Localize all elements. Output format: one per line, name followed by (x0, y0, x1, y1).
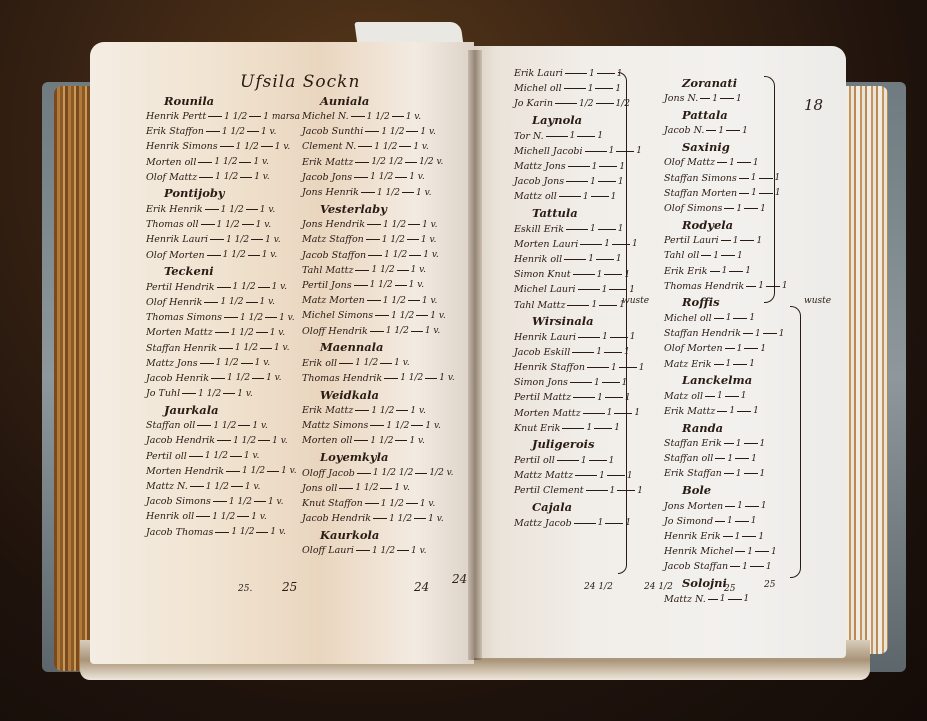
taxpayer-name: Eskill Erik (514, 224, 564, 235)
amount-a: 1 1/2 (367, 112, 390, 122)
ledger-entry: Staffan Henrik1 1/21 v. (146, 340, 296, 355)
footer-tally: 24 (414, 580, 429, 594)
rule-line (568, 166, 590, 167)
rule-line (575, 475, 597, 476)
rule-line (355, 270, 369, 271)
ledger-entry: Henrik Lauri11 (514, 330, 664, 345)
amount-a: 1 (737, 344, 743, 354)
amount-b: 1 (766, 562, 772, 572)
taxpayer-name: Tahl Mattz (302, 265, 353, 276)
rule-line (597, 73, 615, 74)
ledger-entry: Jacob Jons1 1/21 v. (302, 170, 472, 185)
taxpayer-name: Oloff Jacob (302, 468, 355, 479)
amount-b: 1 (744, 594, 750, 604)
rule-line (396, 410, 408, 411)
taxpayer-name: Michel oll (514, 83, 562, 94)
ledger-entry: Michell Jacobi11 (514, 144, 664, 159)
ledger-entry: Oloff Lauri1 1/21 v. (302, 543, 472, 558)
amount-a: 1 1/2 (198, 389, 221, 399)
amount-a: 1 1/2 (226, 235, 249, 245)
village-heading: Tattula (514, 205, 664, 222)
rule-line (724, 208, 734, 209)
rule-line (197, 425, 211, 426)
amount-a: 1 (727, 516, 733, 526)
amount-a: 1 1/2 (233, 282, 256, 292)
taxpayer-name: Henrik Erik (664, 531, 721, 542)
amount-a: 1/2 (579, 99, 593, 109)
taxpayer-name: Knut Erik (514, 423, 560, 434)
rule-line (596, 259, 614, 260)
amount-b: 1 (749, 313, 755, 323)
rule-line (339, 488, 353, 489)
ledger-entry: Erik Mattz11 (664, 404, 794, 419)
ledger-entry: Henrik Staffon11 (514, 360, 664, 375)
amount-a: 1 (611, 363, 617, 373)
taxpayer-name: Jo Simond (664, 516, 713, 527)
amount-a: 1 (570, 131, 576, 141)
left-page: Ufsila Sockn RounilaHenrik Pertt1 1/21 m… (90, 42, 474, 664)
ledger-entry: Erik Henrik1 1/21 v. (146, 202, 296, 217)
ledger-entry: Jacob Eskill11 (514, 345, 664, 360)
amount-a: 1 (597, 270, 603, 280)
amount-a: 1 (610, 486, 616, 496)
taxpayer-name: Matz Erik (664, 359, 712, 370)
village-heading: Juligerois (514, 436, 664, 453)
ledger-entry: Pertil Hendrik1 1/21 v. (146, 280, 296, 295)
taxpayer-name: Pertil Jons (302, 280, 352, 291)
ledger-entry: Michel oll11 (664, 311, 794, 326)
taxpayer-name: Michel Lauri (514, 284, 576, 295)
rule-line (356, 550, 370, 551)
taxpayer-name: Jacob Eskill (514, 347, 570, 358)
rule-line (267, 471, 279, 472)
amount-a: 1 (736, 439, 742, 449)
village-heading: Cajala (514, 499, 664, 516)
taxpayer-name: Staffan Simons (664, 173, 737, 184)
ledger-entry: Michel Simons1 1/21 v. (302, 308, 472, 323)
village-heading: Kaurkola (302, 526, 472, 543)
taxpayer-name: Staffan oll (664, 453, 713, 464)
rule-line (706, 130, 716, 131)
amount-a: 1 1/2 (370, 280, 393, 290)
taxpayer-name: Jo Tuhl (146, 388, 180, 399)
taxpayer-name: Erik Mattz (664, 406, 715, 417)
rule-line (252, 378, 264, 379)
rule-line (725, 348, 735, 349)
taxpayer-name: Jacob Sunthi (302, 126, 363, 137)
amount-b: 1 (751, 454, 757, 464)
ledger-entry: Morten oll1 1/21 v. (302, 433, 472, 448)
taxpayer-name: Thomas Hendrik (664, 281, 744, 292)
amount-b: 1 (629, 285, 635, 295)
village-heading: Lanckelma (664, 372, 794, 389)
taxpayer-name: Pertil Hendrik (146, 282, 215, 293)
amount-a: 1 (597, 393, 603, 403)
rule-line (755, 551, 769, 552)
rule-line (578, 337, 600, 338)
amount-b: 1 (634, 408, 640, 418)
rule-line (365, 503, 379, 504)
amount-b: 1 (751, 516, 757, 526)
taxpayer-name: Michel oll (664, 313, 712, 324)
taxpayer-name: Erik Staffan (664, 468, 722, 479)
amount-a: 1 1/2 (240, 313, 263, 323)
rule-line (705, 396, 715, 397)
rule-line (735, 458, 749, 459)
ledger-entry: Jons oll1 1/21 v. (302, 481, 472, 496)
rule-line (254, 501, 266, 502)
ledger-entry: Pertil oll11 (514, 453, 664, 468)
rule-line (585, 151, 607, 152)
village-heading: Randa (664, 419, 794, 436)
ledger-entry: Henrik Michel11 (664, 544, 794, 559)
rule-line (402, 192, 414, 193)
rule-line (725, 396, 739, 397)
amount-a: 1 1/2 (386, 421, 409, 431)
ledger-entry: Jacob Jons11 (514, 174, 664, 189)
ledger-entry: Olof Morten1 1/21 v. (146, 248, 296, 263)
ledger-entry: Tor N.11 (514, 129, 664, 144)
amount-b: 1 v. (265, 235, 280, 245)
amount-a: 1 1/2 (389, 514, 412, 524)
ledger-entry: Pertil oll1 1/21 v. (146, 449, 296, 464)
rule-line (208, 116, 222, 117)
rule-line (207, 255, 221, 256)
rule-line (361, 192, 375, 193)
amount-a: 1 1/2 (236, 142, 259, 152)
taxpayer-name: Morten Mattz (514, 408, 581, 419)
margin-note: wuste (804, 296, 831, 306)
rule-line (700, 98, 710, 99)
rule-line (743, 333, 753, 334)
rule-line (210, 239, 224, 240)
amount-a: 1 (747, 547, 753, 557)
rule-line (406, 131, 418, 132)
ledger-entry: Tahl Mattz1 1/21 v. (302, 263, 472, 278)
taxpayer-name: Pertil Lauri (664, 235, 719, 246)
left-column-1: RounilaHenrik Pertt1 1/21 marsaErik Staf… (146, 92, 296, 540)
taxpayer-name: Mattz Mattz (514, 470, 573, 481)
taxpayer-name: Jons N. (664, 93, 698, 104)
amount-b: 1 (742, 126, 748, 136)
rule-line (744, 208, 758, 209)
rule-line (723, 536, 733, 537)
taxpayer-name: Jons Henrik (302, 187, 359, 198)
taxpayer-name: Tahl Mattz (514, 300, 565, 311)
rule-line (380, 488, 392, 489)
rule-line (211, 378, 225, 379)
taxpayer-name: Thomas Hendrik (302, 373, 382, 384)
rule-line (231, 486, 243, 487)
ledger-entry: Eskill Erik11 (514, 222, 664, 237)
amount-a: 1 1/2 (215, 172, 238, 182)
amount-b: 1 v. (410, 406, 425, 416)
rule-line (745, 506, 759, 507)
rule-line (265, 317, 277, 318)
amount-b: 1 (639, 363, 645, 373)
taxpayer-name: Mattz N. (146, 481, 188, 492)
ledger-entry: Thomas oll1 1/21 v. (146, 217, 296, 232)
ledger-entry: Morten Mattz1 1/21 v. (146, 325, 296, 340)
taxpayer-name: Staffan Henrik (146, 343, 217, 354)
ledger-entry: Matz Staffon1 1/21 v. (302, 232, 472, 247)
village-heading: Wirsinala (514, 313, 664, 330)
bracket-line (790, 306, 801, 578)
amount-a: 1 (586, 423, 592, 433)
taxpayer-name: Mattz oll (514, 191, 557, 202)
rule-line (219, 348, 233, 349)
amount-b: 1 v. (409, 172, 424, 182)
taxpayer-name: Tahl oll (664, 250, 699, 261)
amount-b: 1 v. (252, 421, 267, 431)
rule-line (242, 224, 254, 225)
taxpayer-name: Mattz Jons (514, 161, 566, 172)
ledger-entry: Oloff Hendrik1 1/21 v. (302, 323, 472, 338)
amount-a: 1 (602, 332, 608, 342)
amount-b: 1 v. (416, 188, 431, 198)
rule-line (238, 425, 250, 426)
taxpayer-name: Clement N. (302, 141, 356, 152)
amount-a: 1 1/2 (227, 373, 250, 383)
rule-line (397, 270, 409, 271)
ledger-entry: Olof Henrik1 1/21 v. (146, 295, 296, 310)
ledger-entry: Morten oll1 1/21 v. (146, 155, 296, 170)
amount-a: 1 (755, 329, 761, 339)
ledger-entry: Jacob Hendrik1 1/21 v. (302, 511, 472, 526)
amount-a: 1/2 1/2 (371, 157, 403, 167)
taxpayer-name: Henrik Lauri (146, 234, 208, 245)
amount-b: 1 v. (394, 358, 409, 368)
taxpayer-name: Jo Karin (514, 98, 553, 109)
amount-a: 1 (594, 378, 600, 388)
amount-b: 1 (753, 406, 759, 416)
rule-line (737, 162, 751, 163)
rule-line (358, 146, 372, 147)
amount-a: 1 1/2 (223, 250, 246, 260)
taxpayer-name: Jons Hendrik (302, 219, 365, 230)
amount-b: 1 v. (428, 514, 443, 524)
village-heading: Auniala (302, 92, 472, 109)
taxpayer-name: Henrik Staffon (514, 362, 585, 373)
rule-line (740, 240, 754, 241)
rule-line (241, 363, 253, 364)
rule-line (555, 103, 577, 104)
ledger-entry: Morten Lauri11 (514, 237, 664, 252)
rule-line (354, 285, 368, 286)
village-heading: Pontijoby (146, 185, 296, 202)
ledger-entry: Jacob Hendrik1 1/21 v. (146, 433, 296, 448)
ledger-entry: Matz Morten1 1/21 v. (302, 293, 472, 308)
rule-line (406, 503, 418, 504)
rule-line (258, 440, 270, 441)
margin-note: wuste (622, 296, 649, 306)
amount-a: 1 1/2 (213, 421, 236, 431)
rule-line (370, 425, 384, 426)
rule-line (598, 229, 616, 230)
taxpayer-name: Morten Lauri (514, 239, 578, 250)
amount-a: 1 1/2 (205, 451, 228, 461)
rule-line (425, 378, 437, 379)
ledger-entry: Erik Staffan11 (664, 466, 794, 481)
rule-line (562, 428, 584, 429)
village-heading: Loyemkyla (302, 449, 472, 466)
rule-line (200, 363, 214, 364)
ledger-entry: Pertil Mattz11 (514, 390, 664, 405)
left-column-2: AunialaMichel N.1 1/21 v.Jacob Sunthi1 1… (302, 92, 472, 559)
amount-a: 1 (591, 300, 597, 310)
rule-line (217, 440, 231, 441)
ledger-entry: Jacob Sunthi1 1/21 v. (302, 124, 472, 139)
amount-a: 1 (727, 454, 733, 464)
taxpayer-name: Mattz Jacob (514, 518, 572, 529)
taxpayer-name: Pertil oll (146, 451, 187, 462)
rule-line (710, 271, 720, 272)
ledger-entry: Michel N.1 1/21 v. (302, 109, 472, 124)
amount-a: 1 1/2 (355, 358, 378, 368)
rule-line (249, 116, 261, 117)
rule-line (213, 501, 227, 502)
amount-b: 1 (741, 391, 747, 401)
amount-a: 1 (607, 408, 613, 418)
amount-a: 1 (718, 126, 724, 136)
bracket-line (764, 76, 775, 303)
rule-line (567, 305, 589, 306)
amount-b: 1/2 v. (429, 468, 453, 478)
ledger-entry: Simon Knut11 (514, 267, 664, 282)
amount-a: 1 (602, 285, 608, 295)
folio-number: 18 (804, 96, 823, 114)
taxpayer-name: Olof Simons (664, 203, 722, 214)
amount-b: 1 (637, 486, 643, 496)
amount-a: 1 1/2 (372, 546, 395, 556)
footer-tally: 25 (724, 584, 735, 594)
amount-a: 1 1/2 (216, 358, 239, 368)
ledger-entry: Matz Erik11 (664, 356, 794, 371)
village-heading: Laynola (514, 112, 664, 129)
ledger-entry: Erik Lauri11 (514, 66, 664, 81)
ledger-entry: Mattz N.1 1/21 v. (146, 479, 296, 494)
amount-a: 1 1/2 (242, 466, 265, 476)
ledger-entry: Jacob Staffan11 (664, 559, 794, 574)
amount-b: 1 v. (281, 466, 296, 476)
taxpayer-name: Staffan Morten (664, 188, 737, 199)
taxpayer-name: Jacob Henrik (146, 373, 209, 384)
rule-line (750, 566, 764, 567)
ledger-entry: Erik oll1 1/21 v. (302, 356, 472, 371)
amount-b: 1 v. (270, 527, 285, 537)
amount-b: 1 (761, 501, 767, 511)
amount-b: 1 (630, 332, 636, 342)
taxpayer-name: Simon Knut (514, 269, 571, 280)
ledger-entry: Mattz Jons11 (514, 159, 664, 174)
ledger-entry: Olof Morten11 (664, 341, 794, 356)
taxpayer-name: Morten Mattz (146, 327, 213, 338)
village-heading: Bole (664, 482, 794, 499)
rule-line (354, 440, 368, 441)
taxpayer-name: Tor N. (514, 131, 544, 142)
rule-line (368, 255, 382, 256)
taxpayer-name: Pertil Clement (514, 485, 584, 496)
rule-line (726, 130, 740, 131)
amount-b: 1 (782, 281, 788, 291)
ledger-entry: Henrik Simons1 1/21 v. (146, 139, 296, 154)
rule-line (261, 146, 273, 147)
rule-line (230, 456, 242, 457)
rule-line (380, 363, 392, 364)
taxpayer-name: Morten Hendrik (146, 466, 224, 477)
rule-line (375, 315, 389, 316)
village-heading: Rounila (146, 92, 296, 109)
ledger-entry: Pertil Jons1 1/21 v. (302, 278, 472, 293)
rule-line (570, 382, 592, 383)
rule-line (742, 536, 756, 537)
amount-a: 1 1/2 (212, 512, 235, 522)
ledger-entry: Matz oll11 (664, 389, 794, 404)
taxpayer-name: Jacob Hendrik (146, 435, 215, 446)
rule-line (744, 473, 758, 474)
amount-b: 1 (632, 239, 638, 249)
amount-a: 1 1/2 (370, 172, 393, 182)
village-heading: Roffis (664, 294, 794, 311)
rule-line (725, 506, 735, 507)
amount-b: 1 v. (244, 451, 259, 461)
amount-a: 1 (735, 532, 741, 542)
amount-b: 1 v. (254, 172, 269, 182)
ledger-entry: Clement N.1 1/21 v. (302, 139, 472, 154)
footer-tally: 25. (238, 584, 252, 594)
taxpayer-name: Matz Morten (302, 295, 365, 306)
rule-line (351, 116, 365, 117)
amount-a: 1 1/2 (206, 482, 229, 492)
rule-line (701, 255, 711, 256)
rule-line (566, 229, 588, 230)
amount-b: 1 v. (251, 512, 266, 522)
taxpayer-name: Olof Mattz (664, 157, 715, 168)
ledger-entry: Knut Erik11 (514, 421, 664, 436)
rule-line (565, 73, 587, 74)
amount-b: 1 v. (413, 142, 428, 152)
rule-line (717, 162, 727, 163)
rule-line (226, 471, 240, 472)
rule-line (366, 239, 380, 240)
amount-b: 1 v. (255, 358, 270, 368)
taxpayer-name: Erik Erik (664, 266, 708, 277)
rule-line (256, 332, 268, 333)
amount-a: 1 (751, 188, 757, 198)
rule-line (395, 285, 407, 286)
rule-line (196, 516, 210, 517)
amount-b: 1 (636, 146, 642, 156)
taxpayer-name: Jacob Jons (302, 172, 352, 183)
amount-a: 1 (736, 204, 742, 214)
amount-b: 1 (611, 192, 617, 202)
photo-scene: Ufsila Sockn RounilaHenrik Pertt1 1/21 m… (0, 0, 927, 721)
ledger-entry: Staffan Erik11 (664, 436, 794, 451)
amount-a: 1 1/2 (370, 436, 393, 446)
rule-line (411, 331, 423, 332)
amount-a: 1 (751, 173, 757, 183)
amount-a: 1 (596, 347, 602, 357)
rule-line (708, 599, 718, 600)
amount-b: 1 v. (245, 482, 260, 492)
rule-line (715, 458, 725, 459)
rule-line (198, 162, 212, 163)
rule-line (566, 181, 588, 182)
amount-a: 1 1/2 (381, 127, 404, 137)
rule-line (735, 551, 745, 552)
taxpayer-name: Erik Staffon (146, 126, 204, 137)
rule-line (573, 274, 595, 275)
